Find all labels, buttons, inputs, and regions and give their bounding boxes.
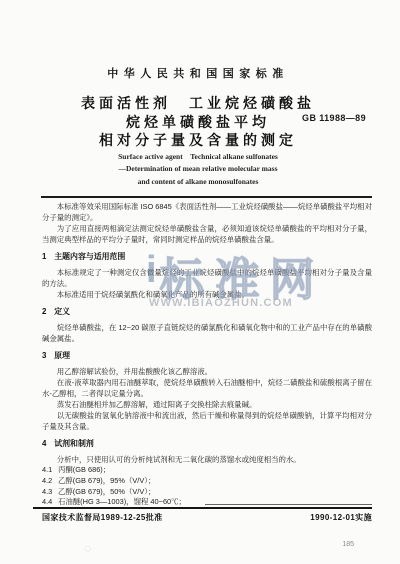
footer-thin-rule [205,504,372,505]
title-line-3: 相对分子量及含量的测定 [0,131,396,150]
footer-approval-text: 国家技术监督局1989-12-25批准 [42,512,163,523]
standard-document-page: 中华人民共和国国家标准 表面活性剂 工业烷烃磺酸盐 烷烃单磺酸盐平均 相对分子量… [0,0,400,564]
page-number: 185 [342,541,354,548]
footer: 国家技术监督局1989-12-25批准 1990-12-01实施 [42,512,372,523]
foreword-paragraph-2: 为了应用直接两相滴定法测定烷烃单磺酸盐含量，必须知道该烷烃单磺酸盐的平均相对分子… [42,223,372,245]
section-3-heading: 3 原理 [42,350,372,361]
reagent-item-3: 4.3 乙醇(GB 679)，50%（V/V）； [42,487,372,498]
section-2-paragraph-1: 烷烃单磺酸盐，在 12~20 碳原子直链烷烃的磺氯酰化和磺氧化物中和的工业产品中… [42,322,372,344]
reagent-item-1: 4.1 丙酮(GB 686)； [42,465,372,476]
reagent-item-2-number: 4.2 [42,476,58,487]
section-3-paragraph-2: 在液-液萃取器内用石油醚萃取，使烷烃单磺酸转入石油醚相中，烷烃二磺酸盐和硫酸根离… [42,377,372,399]
english-title-block: Surface active agent Technical alkane su… [0,151,396,188]
national-standard-org-line: 中华人民共和国国家标准 [0,65,396,81]
reagent-item-3-text: 乙醇(GB 679)，50%（V/V）； [58,487,372,498]
english-title-line-1: Surface active agent Technical alkane su… [0,151,396,163]
section-3-paragraph-3: 蒸发石油醚相并加乙醇溶解，通过阳离子交换柱除去痕量碱。 [42,399,372,410]
standard-code: GB 11988—89 [302,113,366,123]
section-1-paragraph-2: 本标准适用于烷烃磺氯酰化和磺氧化产品的所有碱金属盐。 [42,289,372,300]
reagent-item-3-number: 4.3 [42,487,58,498]
section-1-paragraph-1: 本标准规定了一种测定仅含微量烷烃的工业烷烃磺酸盐中的烷烃单磺酸盐平均相对分子量及… [42,267,372,289]
reagent-item-2-text: 乙醇(GB 679)，95%（V/V）； [58,476,372,487]
document-body: 本标准等效采用国际标准 ISO 6845《表面活性剂——工业烷烃磺酸盐——烷烃单… [42,201,372,508]
section-1-heading: 1 主题内容与适用范围 [42,251,372,262]
section-2-heading: 2 定义 [42,306,372,317]
foreword-paragraph-1: 本标准等效采用国际标准 ISO 6845《表面活性剂——工业烷烃磺酸盐——烷烃单… [42,201,372,223]
english-title-line-3: and content of alkane monosulfonates [0,176,396,188]
section-3-paragraph-1: 用乙醇溶解试验份，并用盐酸酸化该乙醇溶液。 [42,366,372,377]
reagent-item-2: 4.2 乙醇(GB 679)，95%（V/V）； [42,476,372,487]
footer-implementation-text: 1990-12-01实施 [310,512,372,523]
section-4-heading: 4 试剂和制剂 [42,438,372,449]
section-3-paragraph-4: 以无碳酸盐的氢氧化钠溶液中和流出液，然后干燥和称量得到的烷烃单磺酸钠，计算平均相… [42,410,372,432]
header-divider-rule [41,196,372,198]
footer-divider-rule [33,507,372,509]
faint-scan-stamp: ◌ [83,541,92,556]
section-4-paragraph-1: 分析中，只使用认可的分析纯试剂和无二氧化碳的蒸馏水或纯度相当的水。 [42,454,372,465]
reagent-item-1-text: 丙酮(GB 686)； [58,465,372,476]
reagent-item-1-number: 4.1 [42,465,58,476]
english-title-line-2: —Determination of mean relative molecula… [0,163,396,175]
title-line-1: 表面活性剂 工业烷烃磺酸盐 [0,94,396,113]
